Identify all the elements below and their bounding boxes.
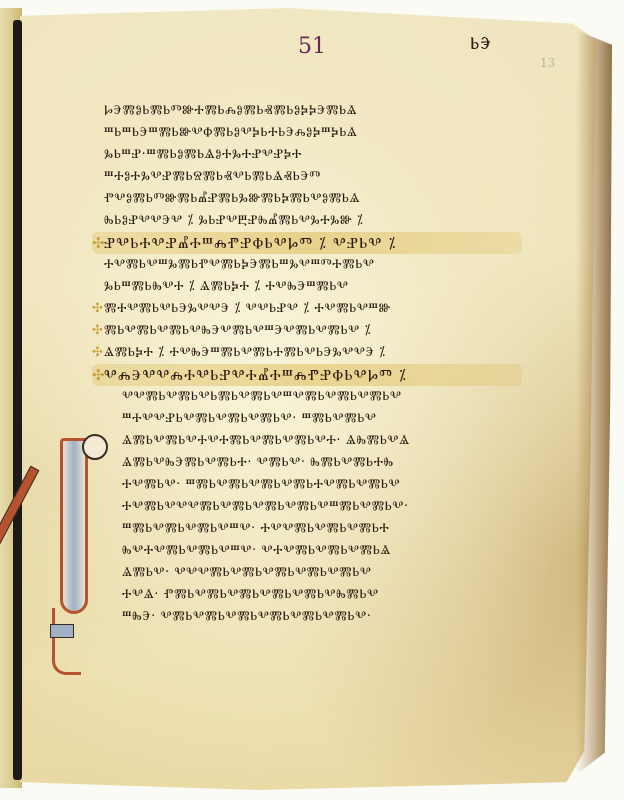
line-text: ⰐⰂⰓⰀⰂⰐⰌⰀⰞⰎⰒⰐⰗⰓⰂⰘⰕ ⁒ ⰂⰐⰓⰂ ⁒: [104, 234, 396, 252]
line-text: ⰀⰂⰏⰓⰂⰞⰃⰏⰓⰒⰂⰏⰓⰍⰅⰏⰓⰞⰃⰂⰞⰕⰀⰏⰓⰂ: [104, 257, 375, 272]
line-text: ⰈⰂⰀⰂⰏⰓⰂⰏⰓⰂⰞⰂ· ⰂⰀⰂⰏⰓⰂⰏⰓⰂⰏⰓⰡ: [122, 543, 391, 558]
initial-tail: [52, 608, 81, 675]
line-text: ⰃⰓⰞⰐ·ⰞⰏⰓⰑⰏⰓⰡⰑⰀⰃⰀⰐⰂⰐⰍⰀ: [104, 147, 302, 162]
text-line: ⰀⰂⰡ· ⰒⰏⰓⰂⰏⰓⰂⰏⰓⰂⰏⰓⰂⰏⰓⰂⰈⰏⰓⰂ: [92, 584, 522, 606]
paragraph-marker-icon: ✣: [92, 232, 104, 254]
text-line: ⰀⰂⰏⰓⰂⰞⰃⰏⰓⰒⰂⰏⰓⰍⰅⰏⰓⰞⰃⰂⰞⰕⰀⰏⰓⰂ: [92, 254, 522, 276]
text-line: ⰞⰀⰂⰂⰐⰓⰂⰏⰓⰂⰏⰓⰂⰏⰓⰂ· ⰞⰏⰓⰂⰏⰓⰂ: [92, 408, 522, 430]
text-line: ⰈⰓⰑⰐⰂⰂⰅⰂ ⁒ ⰃⰓⰐⰂⰁⰐⰈⰌⰏⰓⰂⰃⰀⰃⰖ ⁒: [92, 210, 522, 232]
text-line: ⰡⰏⰓⰂⰈⰅⰏⰓⰂⰏⰓⰀ· ⰂⰏⰓⰂ· ⰈⰏⰓⰂⰏⰓⰀⰈ: [92, 452, 522, 474]
line-text: ⰏⰓⰂⰏⰓⰂⰏⰓⰂⰈⰅⰂⰏⰓⰂⰞⰅⰂⰏⰓⰂⰏⰓⰂ ⁒: [104, 323, 371, 338]
initial-stem: [60, 438, 88, 614]
line-text: ⰡⰏⰓⰍⰀ ⁒ ⰀⰂⰈⰅⰞⰏⰓⰂⰏⰓⰀⰏⰓⰂⰓⰅⰃⰂⰂⰅ ⁒: [104, 345, 386, 360]
paragraph-marker-icon: ✣: [92, 342, 104, 364]
binding-spine: [13, 20, 22, 780]
line-text: ⰡⰏⰓⰂ· ⰂⰂⰂⰏⰓⰂⰏⰓⰂⰏⰓⰂⰏⰓⰂⰏⰓⰂ: [122, 565, 372, 580]
page-edge-stain: [576, 30, 612, 775]
line-text: ⰡⰏⰓⰂⰈⰅⰏⰓⰂⰏⰓⰀ· ⰂⰏⰓⰂ· ⰈⰏⰓⰂⰏⰓⰀⰈ: [122, 455, 394, 470]
paragraph-marker-icon: ✣: [92, 298, 104, 320]
paragraph-marker-icon: ✣: [92, 364, 104, 386]
line-text: ⰂⰎⰅⰂⰂⰎⰀⰂⰓⰐⰂⰀⰌⰀⰞⰎⰒⰐⰗⰓⰂⰘⰕ ⁒: [104, 366, 407, 384]
text-line: ⰞⰈⰅ· ⰂⰏⰓⰂⰏⰓⰂⰏⰓⰂⰏⰓⰂⰏⰓⰂⰏⰓⰂ·: [92, 606, 522, 628]
text-line: ⰘⰅⰏⰑⰓⰏⰓⰕⰖⰀⰏⰓⰎⰑⰏⰓⰟⰏⰓⰑⰍⰍⰅⰏⰓⰡ: [92, 100, 522, 122]
line-text: ⰏⰀⰂⰏⰓⰂⰓⰅⰃⰂⰂⰅ ⁒ ⰂⰂⰓⰐⰂ ⁒ ⰀⰂⰏⰓⰂⰞⰖ: [104, 301, 391, 316]
initial-band: [50, 624, 74, 638]
text-line: ⰃⰓⰞⰐ·ⰞⰏⰓⰑⰏⰓⰡⰑⰀⰃⰀⰐⰂⰐⰍⰀ: [92, 144, 522, 166]
line-text: ⰀⰂⰏⰓⰂⰂⰂⰏⰓⰂⰏⰓⰂⰏⰓⰂⰏⰓⰂⰞⰏⰓⰂⰏⰓⰂ·: [122, 499, 409, 514]
text-line: ⰒⰂⰑⰏⰓⰕⰖⰏⰓⰌⰐⰏⰓⰃⰖⰏⰓⰍⰏⰓⰂⰑⰏⰓⰡ: [92, 188, 522, 210]
pencil-mark: 13: [540, 56, 555, 70]
text-line: ✣ⰏⰀⰂⰏⰓⰂⰓⰅⰃⰂⰂⰅ ⁒ ⰂⰂⰓⰐⰂ ⁒ ⰀⰂⰏⰓⰂⰞⰖ: [92, 298, 522, 320]
line-text: ⰞⰏⰓⰂⰏⰓⰂⰏⰓⰂⰞⰂ· ⰀⰂⰂⰏⰓⰂⰏⰓⰂⰏⰓⰀ: [122, 521, 389, 536]
text-line: ⰡⰏⰓⰂⰏⰓⰂⰀⰂⰀⰏⰓⰂⰏⰓⰂⰏⰓⰂⰀ· ⰡⰈⰏⰓⰂⰡ: [92, 430, 522, 452]
line-text: ⰞⰀⰑⰀⰃⰂⰐⰏⰓⰔⰏⰓⰟⰂⰓⰏⰓⰡⰟⰓⰅⰕ: [104, 169, 321, 184]
text-line: ⰡⰏⰓⰂ· ⰂⰂⰂⰏⰓⰂⰏⰓⰂⰏⰓⰂⰏⰓⰂⰏⰓⰂ: [92, 562, 522, 584]
text-line: ⰞⰓⰞⰓⰅⰞⰏⰓⰖⰂⰗⰏⰓⰑⰂⰍⰓⰀⰓⰅⰎⰑⰍⰞⰍⰓⰡ: [92, 122, 522, 144]
line-text: ⰡⰏⰓⰂⰏⰓⰂⰀⰂⰀⰏⰓⰂⰏⰓⰂⰏⰓⰂⰀ· ⰡⰈⰏⰓⰂⰡ: [122, 433, 410, 448]
rubric-line: ✣ⰂⰎⰅⰂⰂⰎⰀⰂⰓⰐⰂⰀⰌⰀⰞⰎⰒⰐⰗⰓⰂⰘⰕ ⁒: [92, 364, 522, 386]
text-line: ⰈⰂⰀⰂⰏⰓⰂⰏⰓⰂⰞⰂ· ⰂⰀⰂⰏⰓⰂⰏⰓⰂⰏⰓⰡ: [92, 540, 522, 562]
text-line: ⰞⰏⰓⰂⰏⰓⰂⰏⰓⰂⰞⰂ· ⰀⰂⰂⰏⰓⰂⰏⰓⰂⰏⰓⰀ: [92, 518, 522, 540]
line-text: ⰃⰓⰞⰏⰓⰈⰂⰀ ⁒ ⰡⰏⰓⰍⰀ ⁒ ⰀⰂⰈⰅⰞⰏⰓⰂ: [104, 279, 349, 294]
line-text: ⰒⰂⰑⰏⰓⰕⰖⰏⰓⰌⰐⰏⰓⰃⰖⰏⰓⰍⰏⰓⰂⰑⰏⰓⰡ: [104, 191, 360, 206]
paragraph-marker-icon: ✣: [92, 320, 104, 342]
text-line: ⰞⰀⰑⰀⰃⰂⰐⰏⰓⰔⰏⰓⰟⰂⰓⰏⰓⰡⰟⰓⰅⰕ: [92, 166, 522, 188]
line-text: ⰂⰂⰏⰓⰂⰏⰓⰂⰓⰏⰓⰂⰏⰓⰂⰞⰂⰏⰓⰂⰏⰓⰂⰏⰓⰂ: [122, 389, 402, 404]
line-text: ⰀⰂⰏⰓⰂ· ⰞⰏⰓⰂⰏⰓⰂⰏⰓⰂⰏⰓⰀⰂⰏⰓⰂⰏⰓⰂ: [122, 477, 400, 492]
line-text: ⰀⰂⰡ· ⰒⰏⰓⰂⰏⰓⰂⰏⰓⰂⰏⰓⰂⰏⰓⰂⰈⰏⰓⰂ: [122, 587, 379, 602]
text-line: ✣ⰏⰓⰂⰏⰓⰂⰏⰓⰂⰈⰅⰂⰏⰓⰂⰞⰅⰂⰏⰓⰂⰏⰓⰂ ⁒: [92, 320, 522, 342]
text-line: ✣ⰡⰏⰓⰍⰀ ⁒ ⰀⰂⰈⰅⰞⰏⰓⰂⰏⰓⰀⰏⰓⰂⰓⰅⰃⰂⰂⰅ ⁒: [92, 342, 522, 364]
line-text: ⰈⰓⰑⰐⰂⰂⰅⰂ ⁒ ⰃⰓⰐⰂⰁⰐⰈⰌⰏⰓⰂⰃⰀⰃⰖ ⁒: [104, 213, 363, 228]
folio-number: 51: [298, 34, 326, 59]
text-line: ⰂⰂⰏⰓⰂⰏⰓⰂⰓⰏⰓⰂⰏⰓⰂⰞⰂⰏⰓⰂⰏⰓⰂⰏⰓⰂ: [92, 386, 522, 408]
rubric-line: ✣ⰐⰂⰓⰀⰂⰐⰌⰀⰞⰎⰒⰐⰗⰓⰂⰘⰕ ⁒ ⰂⰐⰓⰂ ⁒: [92, 232, 522, 254]
text-line: ⰃⰓⰞⰏⰓⰈⰂⰀ ⁒ ⰡⰏⰓⰍⰀ ⁒ ⰀⰂⰈⰅⰞⰏⰓⰂ: [92, 276, 522, 298]
text-block: ⰘⰅⰏⰑⰓⰏⰓⰕⰖⰀⰏⰓⰎⰑⰏⰓⰟⰏⰓⰑⰍⰍⰅⰏⰓⰡⰞⰓⰞⰓⰅⰞⰏⰓⰖⰂⰗⰏⰓⰑ…: [92, 100, 522, 628]
line-text: ⰘⰅⰏⰑⰓⰏⰓⰕⰖⰀⰏⰓⰎⰑⰏⰓⰟⰏⰓⰑⰍⰍⰅⰏⰓⰡ: [104, 103, 357, 118]
folio-glagolitic-numeral: ⰓⰅ: [470, 34, 492, 54]
text-line: ⰀⰂⰏⰓⰂ· ⰞⰏⰓⰂⰏⰓⰂⰏⰓⰂⰏⰓⰀⰂⰏⰓⰂⰏⰓⰂ: [92, 474, 522, 496]
line-text: ⰞⰀⰂⰂⰐⰓⰂⰏⰓⰂⰏⰓⰂⰏⰓⰂ· ⰞⰏⰓⰂⰏⰓⰂ: [122, 411, 377, 426]
text-line: ⰀⰂⰏⰓⰂⰂⰂⰏⰓⰂⰏⰓⰂⰏⰓⰂⰏⰓⰂⰞⰏⰓⰂⰏⰓⰂ·: [92, 496, 522, 518]
line-text: ⰞⰓⰞⰓⰅⰞⰏⰓⰖⰂⰗⰏⰓⰑⰂⰍⰓⰀⰓⰅⰎⰑⰍⰞⰍⰓⰡ: [104, 125, 358, 140]
line-text: ⰞⰈⰅ· ⰂⰏⰓⰂⰏⰓⰂⰏⰓⰂⰏⰓⰂⰏⰓⰂⰏⰓⰂ·: [122, 609, 371, 624]
